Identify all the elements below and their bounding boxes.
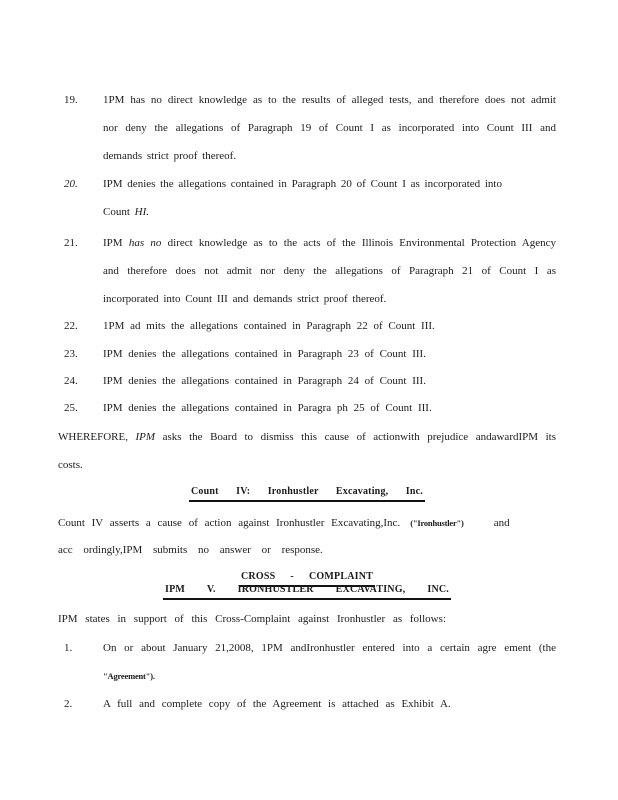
document-content: 19. 1PM has no direct knowledge as to th…: [58, 0, 556, 800]
paragraph-21-text-3: incorporated into Count III and demands …: [103, 292, 556, 306]
paragraph-24: 24. IPM denies the allegations contained…: [58, 374, 556, 391]
cross-complaint-intro-text: IPM states in support of this Cross-Comp…: [58, 612, 556, 626]
paragraph-20-line-2: Count HI.: [58, 205, 556, 222]
paragraph-21-text-2: and therefore does not admit nor deny th…: [103, 264, 556, 278]
paragraph-24-number: 24.: [64, 374, 78, 388]
paragraph-21-text-1a: IPM: [103, 237, 129, 249]
wherefore-costs: costs.: [58, 458, 556, 472]
wherefore-text-1a: WHEREFORE,: [58, 431, 136, 443]
paragraph-21-text-1: IPM has no direct knowledge as to the ac…: [103, 236, 556, 250]
cross-paragraph-2-text: A full and complete copy of the Agreemen…: [103, 697, 556, 711]
cross-complaint-caption: IPM V. IRONHUSTLER EXCAVATING, INC.: [163, 584, 451, 600]
cross-complaint-intro: IPM states in support of this Cross-Comp…: [58, 612, 556, 629]
paragraph-22-number: 22.: [64, 319, 78, 333]
agreement-defined-term: "Agreement").: [103, 669, 556, 683]
paragraph-20-text-2b: HI.: [135, 206, 149, 218]
paragraph-25: 25. IPM denies the allegations contained…: [58, 401, 556, 418]
wherefore-ipm-italic: IPM: [136, 431, 156, 443]
wherefore-text-1: WHEREFORE, IPM asks the Board to dismiss…: [58, 430, 556, 444]
paragraph-24-text: IPM denies the allegations contained in …: [103, 374, 556, 388]
count-4-body-text-1a: Count IV asserts a cause of action again…: [58, 517, 400, 529]
count-4-body-text-1c: and: [494, 517, 510, 529]
count-4-body-line-1: Count IV asserts a cause of action again…: [58, 516, 556, 533]
paragraph-20-number: 20.: [64, 177, 78, 191]
wherefore-text-1c: asks the Board to dismiss this cause of …: [155, 431, 556, 443]
paragraph-21-line-2: and therefore does not admit nor deny th…: [58, 264, 556, 281]
cross-paragraph-2-number: 2.: [64, 697, 72, 711]
paragraph-19-number: 19.: [64, 93, 78, 107]
paragraph-23: 23. IPM denies the allegations contained…: [58, 347, 556, 364]
wherefore-line-1: WHEREFORE, IPM asks the Board to dismiss…: [58, 430, 556, 447]
document-page: 19. 1PM has no direct knowledge as to th…: [0, 0, 618, 800]
count-4-body-line-2: acc ordingly,IPM submits no answer or re…: [58, 543, 556, 560]
paragraph-21-line-1: 21. IPM has no direct knowledge as to th…: [58, 236, 556, 253]
paragraph-20-line-1: 20. IPM denies the allegations contained…: [58, 177, 556, 194]
paragraph-25-number: 25.: [64, 401, 78, 415]
paragraph-22: 22. 1PM ad mits the allegations containe…: [58, 319, 556, 336]
paragraph-21-line-3: incorporated into Count III and demands …: [58, 292, 556, 309]
paragraph-19-text-1: 1PM has no direct knowledge as to the re…: [103, 93, 556, 107]
count-4-heading-row: Count IV: Ironhustler Excavating, Inc.: [58, 486, 556, 503]
ironhustler-defined-term: ("Ironhustler"): [410, 518, 464, 528]
count-4-heading: Count IV: Ironhustler Excavating, Inc.: [189, 486, 425, 502]
cross-paragraph-1-number: 1.: [64, 641, 72, 655]
paragraph-21-text-1c: direct knowledge as to the acts of the I…: [161, 237, 556, 249]
paragraph-20-text-1: IPM denies the allegations contained in …: [103, 177, 556, 191]
paragraph-19-line-3: demands strict proof thereof.: [58, 149, 556, 166]
paragraph-21-number: 21.: [64, 236, 78, 250]
paragraph-19-line-2: nor deny the allegations of Paragraph 19…: [58, 121, 556, 138]
paragraph-20-text-2: Count HI.: [103, 205, 556, 219]
paragraph-21-text-1b: has no: [129, 237, 162, 249]
cross-paragraph-1-text-1: On or about January 21,2008, 1PM andIron…: [103, 641, 556, 655]
cross-complaint-heading-row-2: IPM V. IRONHUSTLER EXCAVATING, INC.: [58, 584, 556, 601]
paragraph-22-text: 1PM ad mits the allegations contained in…: [103, 319, 556, 333]
paragraph-19-text-2: nor deny the allegations of Paragraph 19…: [103, 121, 556, 135]
paragraph-23-text: IPM denies the allegations contained in …: [103, 347, 556, 361]
count-4-body-text-1: Count IV asserts a cause of action again…: [58, 516, 556, 530]
paragraph-19-line-1: 19. 1PM has no direct knowledge as to th…: [58, 93, 556, 110]
cross-paragraph-1-line-2: "Agreement").: [58, 669, 556, 686]
cross-paragraph-1-line-1: 1. On or about January 21,2008, 1PM andI…: [58, 641, 556, 658]
cross-paragraph-2: 2. A full and complete copy of the Agree…: [58, 697, 556, 714]
count-4-body-text-2: acc ordingly,IPM submits no answer or re…: [58, 543, 556, 557]
paragraph-20-text-2a: Count: [103, 206, 135, 218]
paragraph-23-number: 23.: [64, 347, 78, 361]
paragraph-25-text: IPM denies the allegations contained in …: [103, 401, 556, 415]
paragraph-19-text-3: demands strict proof thereof.: [103, 149, 556, 163]
wherefore-line-2: costs.: [58, 458, 556, 475]
